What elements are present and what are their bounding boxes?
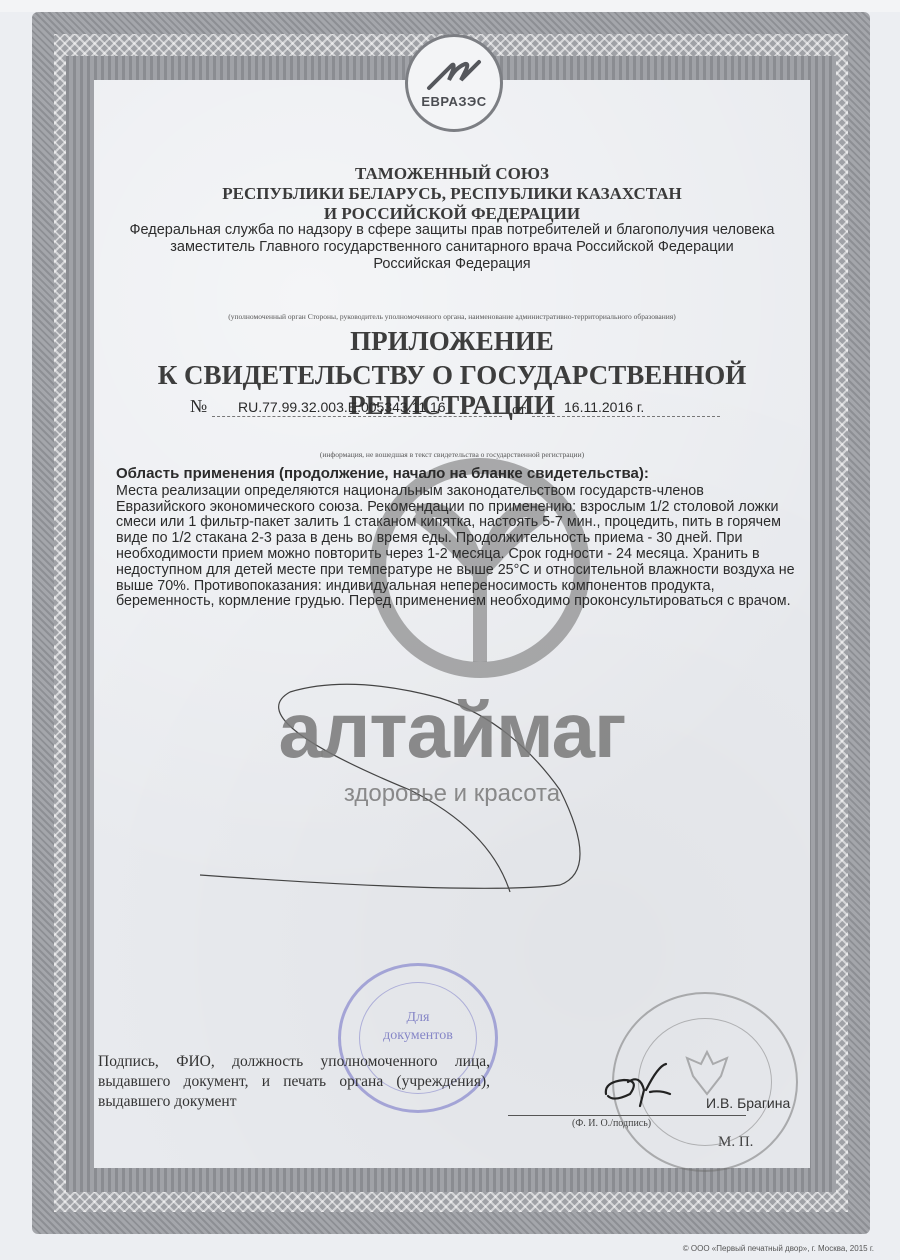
handwritten-signature (600, 1060, 690, 1110)
emblem-label: ЕВРАЗЭС (421, 94, 486, 109)
number-underline (212, 416, 502, 417)
printer-footer: © ООО «Первый печатный двор», г. Москва,… (683, 1244, 874, 1253)
union-line: РЕСПУБЛИКИ БЕЛАРУСЬ, РЕСПУБЛИКИ КАЗАХСТА… (94, 184, 810, 204)
authority-line: заместитель Главного государственного са… (94, 239, 810, 256)
authority-caption: (уполномоченный орган Стороны, руководит… (94, 312, 810, 321)
application-scope: Область применения (продолжение, начало … (116, 466, 796, 610)
registration-date: 16.11.2016 г. (564, 399, 644, 415)
authority-line: Федеральная служба по надзору в сфере за… (94, 222, 810, 239)
registration-caption: (информация, не вошедшая в текст свидете… (94, 450, 810, 459)
union-line: ТАМОЖЕННЫЙ СОЮЗ (94, 164, 810, 184)
scan-margin (0, 0, 900, 12)
document-title: ПРИЛОЖЕНИЕ (94, 326, 810, 356)
stamp-text-line: Для (341, 1010, 495, 1026)
union-title: ТАМОЖЕННЫЙ СОЮЗ РЕСПУБЛИКИ БЕЛАРУСЬ, РЕС… (94, 164, 810, 224)
number-label: № (190, 396, 207, 417)
scope-paragraph: Места реализации определяются национальн… (116, 484, 796, 610)
watermark-tagline: здоровье и красота (222, 780, 682, 808)
seal-place-mark: М. П. (718, 1134, 753, 1151)
authority-block: Федеральная служба по надзору в сфере за… (94, 222, 810, 273)
evrazes-emblem-icon (425, 58, 483, 92)
union-line: И РОССИЙСКОЙ ФЕДЕРАЦИИ (94, 204, 810, 224)
authority-line: Российская Федерация (94, 256, 810, 273)
date-underline (532, 416, 720, 417)
registration-number: RU.77.99.32.003.E.005343.11.16 (238, 399, 446, 415)
registration-line: № RU.77.99.32.003.E.005343.11.16 от 16.1… (190, 396, 720, 420)
evrazes-emblem: ЕВРАЗЭС (405, 34, 503, 132)
watermark-brand: алтаймаг (222, 690, 682, 770)
scope-heading: Область применения (продолжение, начало … (116, 466, 796, 482)
signature-label: Подпись, ФИО, должность уполномоченного … (98, 1052, 490, 1112)
signature-caption: (Ф. И. О./подпись) (572, 1118, 651, 1129)
signature-line (508, 1115, 746, 1116)
signatory-name: И.В. Брагина (706, 1095, 790, 1111)
date-label: от (512, 402, 526, 419)
stamp-text-line: документов (341, 1028, 495, 1044)
